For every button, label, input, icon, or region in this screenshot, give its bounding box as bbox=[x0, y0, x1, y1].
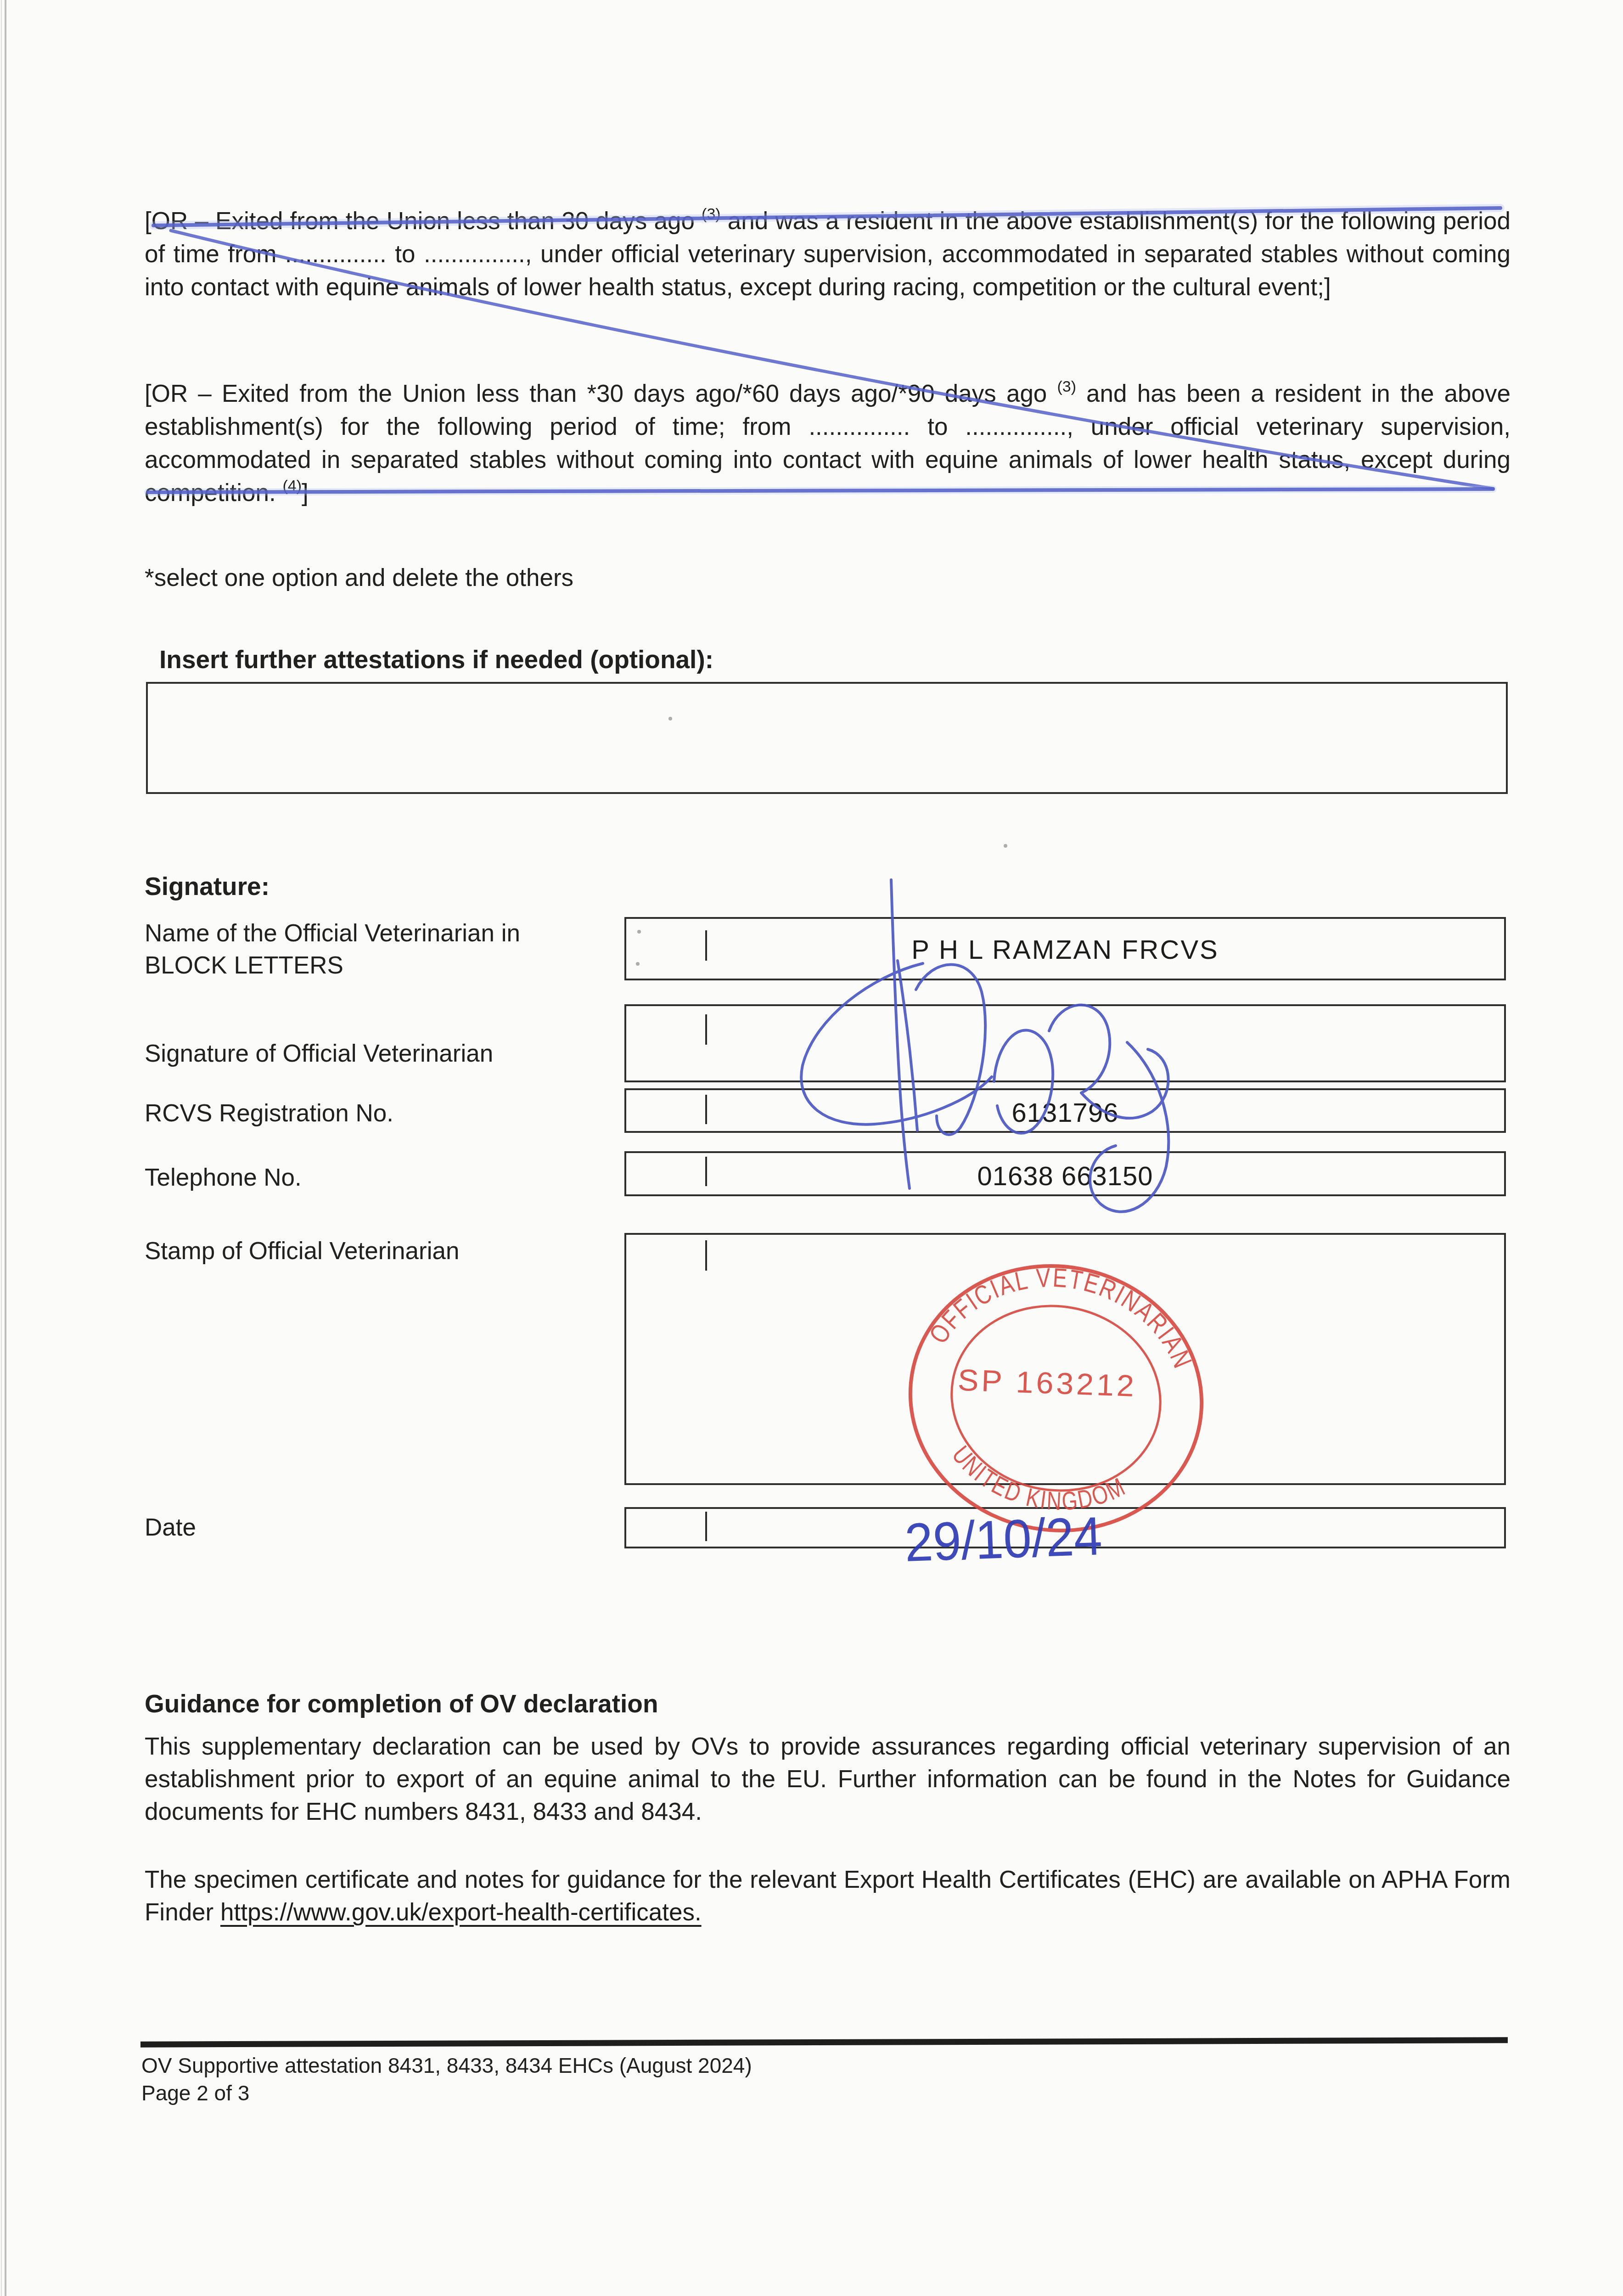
telephone-value: 01638 663150 bbox=[626, 1161, 1504, 1192]
signature-section-heading: Signature: bbox=[145, 872, 270, 901]
telephone-box[interactable]: 01638 663150 bbox=[624, 1151, 1506, 1196]
telephone-label: Telephone No. bbox=[145, 1162, 608, 1194]
date-field-label: Date bbox=[145, 1512, 608, 1544]
stamp-field-label: Stamp of Official Veterinarian bbox=[145, 1235, 608, 1267]
paragraph-text: ] bbox=[302, 479, 309, 506]
scan-edge-line-outer bbox=[1, 0, 2, 2296]
rcvs-number-value: 6131796 bbox=[626, 1097, 1504, 1128]
footer-document-title: OV Supportive attestation 8431, 8433, 84… bbox=[141, 2052, 752, 2079]
paragraph-text: [OR – Exited from the Union less than 30… bbox=[145, 208, 702, 235]
specimen-paragraph: The specimen certificate and notes for g… bbox=[145, 1863, 1511, 1929]
footnote-ref-4: (4) bbox=[282, 477, 302, 495]
tick-mark bbox=[705, 1014, 707, 1045]
ink-overlay: OFFICIAL VETERINARIAN UNITED KINGDOM SP … bbox=[0, 0, 1623, 2296]
footnote-ref-3: (3) bbox=[1057, 378, 1076, 395]
rcvs-number-label: RCVS Registration No. bbox=[145, 1097, 608, 1130]
footer-page-number: Page 2 of 3 bbox=[141, 2079, 249, 2107]
select-option-note: *select one option and delete the others bbox=[145, 564, 573, 592]
name-field-label: Name of the Official Veterinarian in BLO… bbox=[145, 917, 608, 982]
footnote-ref-3: (3) bbox=[702, 205, 721, 223]
scan-speck bbox=[637, 930, 641, 934]
name-field-box[interactable]: P H L RAMZAN FRCVS bbox=[624, 917, 1506, 980]
option-paragraph-2: [OR – Exited from the Union less than *3… bbox=[145, 377, 1511, 510]
footer-divider bbox=[140, 2037, 1508, 2047]
signature-field-box[interactable] bbox=[624, 1004, 1506, 1082]
veterinarian-name-value: P H L RAMZAN FRCVS bbox=[626, 934, 1504, 965]
scan-speck bbox=[1004, 844, 1007, 848]
rcvs-number-box[interactable]: 6131796 bbox=[624, 1088, 1506, 1133]
option-paragraph-1: [OR – Exited from the Union less than 30… bbox=[145, 205, 1511, 304]
further-attestations-input-box[interactable] bbox=[146, 682, 1508, 794]
attestations-heading: Insert further attestations if needed (o… bbox=[159, 645, 713, 674]
signature-field-label: Signature of Official Veterinarian bbox=[145, 1038, 608, 1070]
stamp-field-box[interactable] bbox=[624, 1233, 1506, 1485]
guidance-paragraph: This supplementary declaration can be us… bbox=[145, 1730, 1511, 1828]
tick-mark bbox=[705, 1240, 707, 1271]
tick-mark bbox=[705, 1512, 707, 1541]
guidance-heading: Guidance for completion of OV declaratio… bbox=[145, 1689, 658, 1718]
scanned-document-page: [OR – Exited from the Union less than 30… bbox=[0, 0, 1623, 2296]
paragraph-text: [OR – Exited from the Union less than *3… bbox=[145, 380, 1057, 407]
scan-edge-line bbox=[5, 0, 6, 2296]
export-health-certificates-link[interactable]: https://www.gov.uk/export-health-certifi… bbox=[220, 1899, 702, 1926]
scan-speck bbox=[668, 717, 672, 720]
date-field-box[interactable] bbox=[624, 1507, 1506, 1548]
